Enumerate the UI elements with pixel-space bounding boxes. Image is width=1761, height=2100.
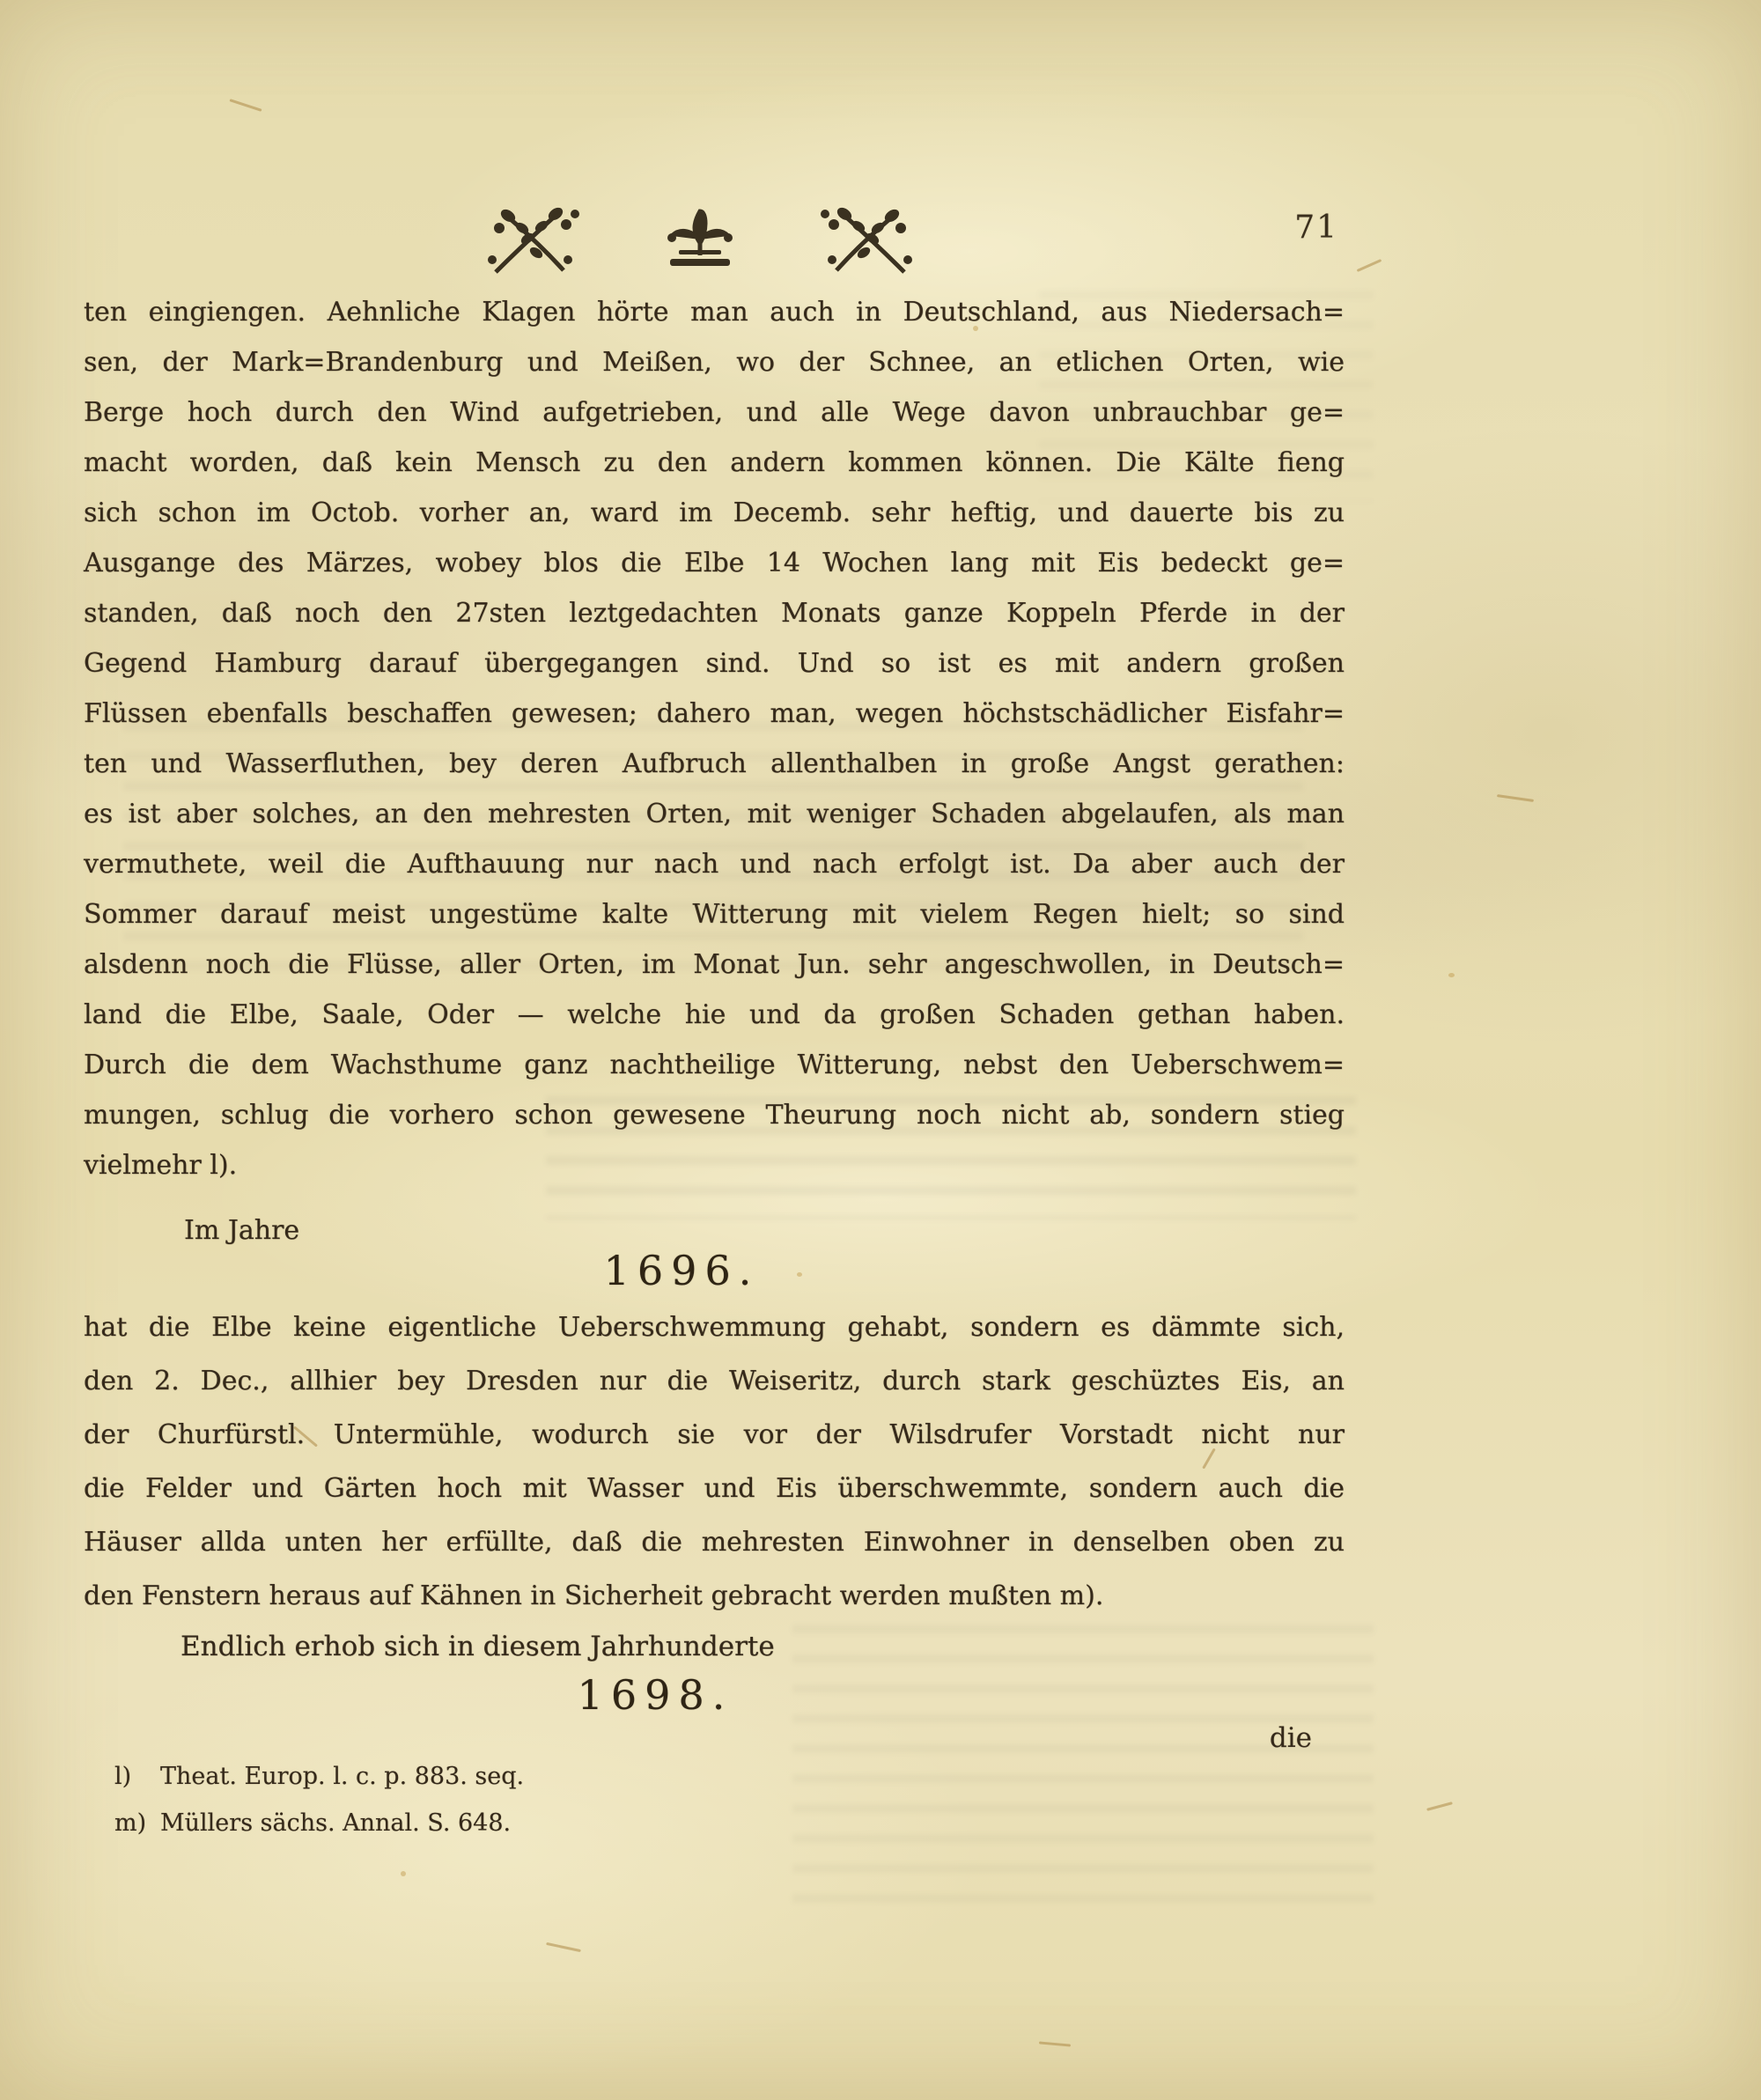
catchword: die bbox=[84, 1722, 1312, 1754]
paper-speck bbox=[1448, 973, 1455, 977]
year-heading-1696: 1696. bbox=[51, 1247, 1312, 1294]
paper-fiber bbox=[546, 1942, 581, 1952]
text-line: sen, der Mark=Brandenburg und Meißen, wo… bbox=[84, 347, 1345, 397]
text-line: ten eingiengen. Aehnliche Klagen hörte m… bbox=[84, 297, 1345, 347]
page-header: 71 bbox=[0, 201, 1761, 280]
footnotes: l)Theat. Europ. l. c. p. 883. seq. m)Mül… bbox=[114, 1763, 1171, 1856]
fleuron-crown-icon bbox=[663, 204, 737, 276]
floral-sprig-right-icon bbox=[806, 202, 920, 279]
text-line: den 2. Dec., allhier bey Dresden nur die… bbox=[84, 1366, 1345, 1419]
paper-fiber bbox=[1497, 794, 1534, 802]
footnote-text: Theat. Europ. l. c. p. 883. seq. bbox=[160, 1763, 524, 1790]
paper-fiber bbox=[229, 99, 262, 112]
text-line: sich schon im Octob. vorher an, ward im … bbox=[84, 497, 1345, 548]
text-line: den Fenstern heraus auf Kähnen in Sicher… bbox=[84, 1581, 1345, 1611]
year-1696-paragraph: hat die Elbe keine eigentliche Ueberschw… bbox=[84, 1312, 1345, 1611]
footnote-text: Müllers sächs. Annal. S. 648. bbox=[160, 1809, 511, 1837]
text-line: macht worden, daß kein Mensch zu den and… bbox=[84, 447, 1345, 497]
text-line: standen, daß noch den 27sten leztgedacht… bbox=[84, 598, 1345, 648]
text-line: hat die Elbe keine eigentliche Ueberschw… bbox=[84, 1312, 1345, 1366]
text-line: Gegend Hamburg darauf übergegangen sind.… bbox=[84, 648, 1345, 698]
paper-fiber bbox=[1426, 1802, 1453, 1811]
text-line: vermuthete, weil die Aufthauung nur nach… bbox=[84, 849, 1345, 899]
paper-speck bbox=[401, 1871, 406, 1876]
text-line: Berge hoch durch den Wind aufgetrieben, … bbox=[84, 397, 1345, 447]
text-line: ten und Wasserfluthen, bey deren Aufbruc… bbox=[84, 748, 1345, 799]
year-heading-1698: 1698. bbox=[25, 1671, 1286, 1719]
text-line: der Churfürstl. Untermühle, wodurch sie … bbox=[84, 1419, 1345, 1473]
text-line: vielmehr l). bbox=[84, 1150, 1345, 1181]
text-line: Flüssen ebenfalls beschaffen gewesen; da… bbox=[84, 698, 1345, 748]
header-ornament-group bbox=[480, 201, 920, 280]
footnote-l: l)Theat. Europ. l. c. p. 883. seq. bbox=[114, 1763, 1171, 1809]
text-line: es ist aber solches, an den mehresten Or… bbox=[84, 799, 1345, 849]
year-1696-lead-in: Im Jahre bbox=[84, 1215, 1345, 1246]
text-line: Häuser allda unten her erfüllte, daß die… bbox=[84, 1527, 1345, 1581]
footnote-marker: m) bbox=[114, 1809, 160, 1837]
text-line: Durch die dem Wachsthume ganz nachtheili… bbox=[84, 1050, 1345, 1100]
text-line: mungen, schlug die vorhero schon gewesen… bbox=[84, 1100, 1345, 1150]
book-page-scan: 71 ten eingiengen. Aehnliche Klagen hört… bbox=[0, 0, 1761, 2100]
text-line: land die Elbe, Saale, Oder — welche hie … bbox=[84, 999, 1345, 1050]
paper-fiber bbox=[1039, 2041, 1071, 2046]
footnote-marker: l) bbox=[114, 1763, 160, 1790]
footnote-m: m)Müllers sächs. Annal. S. 648. bbox=[114, 1809, 1171, 1856]
text-line: alsdenn noch die Flüsse, aller Orten, im… bbox=[84, 949, 1345, 999]
opening-paragraph: ten eingiengen. Aehnliche Klagen hörte m… bbox=[84, 297, 1345, 1181]
year-1698-lead-in: Endlich erhob sich in diesem Jahrhundert… bbox=[84, 1631, 1345, 1662]
text-line: Sommer darauf meist ungestüme kalte Witt… bbox=[84, 899, 1345, 949]
page-number: 71 bbox=[1294, 210, 1338, 246]
floral-sprig-left-icon bbox=[480, 202, 594, 279]
text-line: die Felder und Gärten hoch mit Wasser un… bbox=[84, 1473, 1345, 1527]
text-line: Ausgange des Märzes, wobey blos die Elbe… bbox=[84, 548, 1345, 598]
